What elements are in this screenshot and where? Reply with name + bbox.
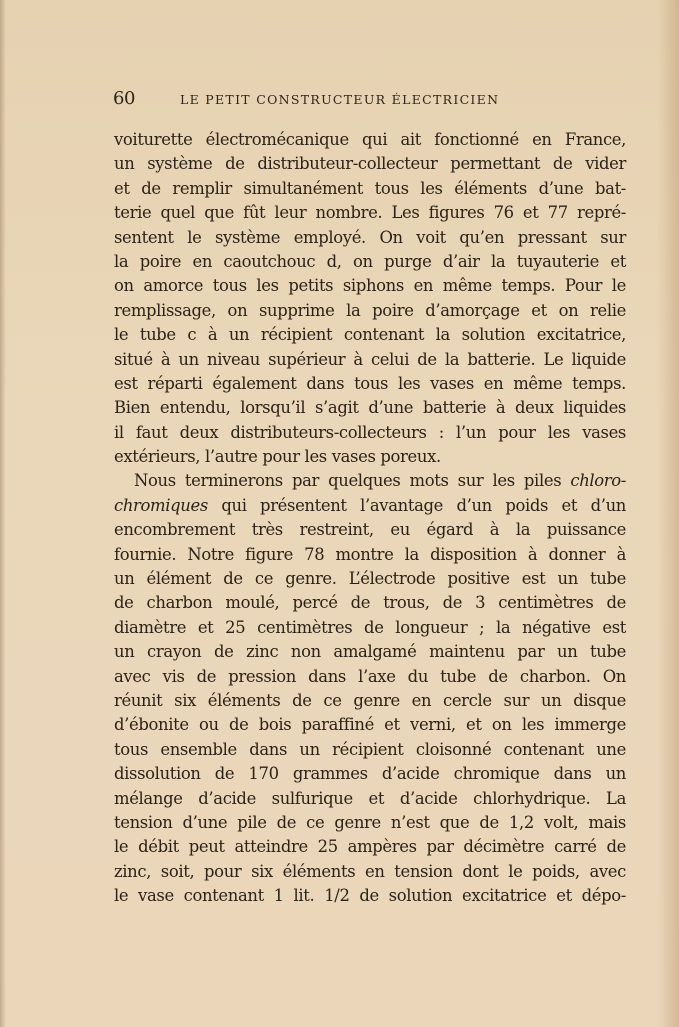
text-line: le débit peut atteindre 25 ampères par d…	[114, 835, 626, 859]
text-line: situé à un niveau supérieur à celui de l…	[114, 348, 626, 372]
text-line: remplissage, on supprime la poire d’amor…	[114, 299, 626, 323]
text-line: on amorce tous les petits siphons en mêm…	[114, 274, 626, 298]
book-page: 60 LE PETIT CONSTRUCTEUR ÉLECTRICIEN voi…	[0, 0, 679, 1027]
page-header: 60 LE PETIT CONSTRUCTEUR ÉLECTRICIEN	[113, 88, 625, 112]
text-line: terie quel que fût leur nombre. Les figu…	[114, 201, 626, 225]
text-line: avec vis de pression dans l’axe du tube …	[114, 665, 626, 689]
italic-term: chloro-	[570, 471, 626, 490]
text-line: tous ensemble dans un récipient cloisonn…	[114, 738, 626, 762]
paragraph-2: Nous terminerons par quelques mots sur l…	[114, 469, 626, 908]
running-title: LE PETIT CONSTRUCTEUR ÉLECTRICIEN	[180, 92, 499, 107]
text-line: sentent le système employé. On voit qu’e…	[114, 226, 626, 250]
page-number: 60	[113, 88, 135, 109]
paragraph-1: voiturette électromécanique qui ait fonc…	[114, 128, 626, 469]
text-line: zinc, soit, pour six éléments en tension…	[114, 860, 626, 884]
text-line: encombrement très restreint, eu égard à …	[114, 518, 626, 542]
text-line: réunit six éléments de ce genre en cercl…	[114, 689, 626, 713]
text-line: Bien entendu, lorsqu’il s’agit d’une bat…	[114, 396, 626, 420]
text-line: est réparti également dans tous les vase…	[114, 372, 626, 396]
italic-term: chromiques	[114, 496, 208, 515]
text-line: fournie. Notre figure 78 montre la dispo…	[114, 543, 626, 567]
text-line: mélange d’acide sulfurique et d’acide ch…	[114, 787, 626, 811]
text-line: un élément de ce genre. L’électrode posi…	[114, 567, 626, 591]
text-line: il faut deux distributeurs-collecteurs :…	[114, 421, 626, 445]
text-line: Nous terminerons par quelques mots sur l…	[114, 469, 626, 493]
text-line: dissolution de 170 grammes d’acide chrom…	[114, 762, 626, 786]
text-line: extérieurs, l’autre pour les vases poreu…	[114, 445, 626, 469]
text-run: Nous terminerons par quelques mots sur l…	[134, 471, 570, 490]
text-line: un crayon de zinc non amalgamé maintenu …	[114, 640, 626, 664]
text-line: un système de distributeur-collecteur pe…	[114, 152, 626, 176]
text-line: le vase contenant 1 lit. 1/2 de solution…	[114, 884, 626, 908]
text-line: le tube c à un récipient contenant la so…	[114, 323, 626, 347]
text-line: tension d’une pile de ce genre n’est que…	[114, 811, 626, 835]
text-run: qui présentent l’avantage d’un poids et …	[208, 496, 626, 515]
text-line: d’ébonite ou de bois paraffiné et verni,…	[114, 713, 626, 737]
text-line: et de remplir simultanément tous les élé…	[114, 177, 626, 201]
text-line: de charbon moulé, percé de trous, de 3 c…	[114, 591, 626, 615]
text-line: la poire en caoutchouc d, on purge d’air…	[114, 250, 626, 274]
text-line: voiturette électromécanique qui ait fonc…	[114, 128, 626, 152]
body-text: voiturette électromécanique qui ait fonc…	[114, 128, 626, 909]
text-line: diamètre et 25 centimètres de longueur ;…	[114, 616, 626, 640]
text-line: chromiques qui présentent l’avantage d’u…	[114, 494, 626, 518]
